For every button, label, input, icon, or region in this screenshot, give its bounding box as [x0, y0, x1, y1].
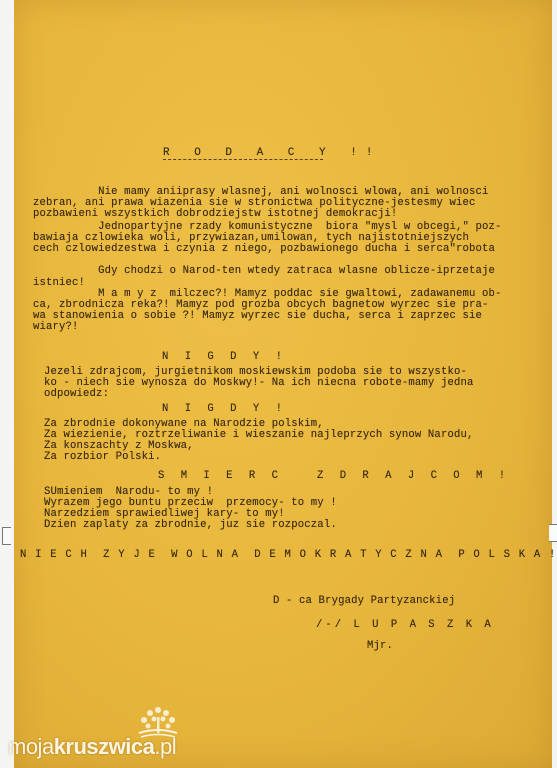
- watermark-suffix: .pl: [154, 734, 176, 759]
- heading-nigdy: N I G D Y !: [162, 352, 287, 363]
- scan-edge-marker-left: [2, 527, 11, 545]
- paragraph-line: wa stanowienia o sobie ?! Mamyz wyrzec s…: [33, 311, 482, 322]
- watermark-logo: mojakruszwica.pl: [8, 734, 176, 760]
- heading-smierc-zdrajcom: S M I E R C Z D R A J C O M !: [158, 471, 510, 482]
- slogan: N I E C H Z Y J E W O L N A D E M O K R …: [20, 550, 557, 561]
- paragraph-line: odpowiedz:: [44, 389, 109, 400]
- accusation-line: Za rozbior Polski.: [44, 452, 161, 463]
- paragraph-line: pozbawieni wszystkich dobrodziejstw isto…: [33, 209, 397, 220]
- signature-name: /-/ L U P A S Z K A: [316, 620, 494, 631]
- paragraph-line: Gdy chodzi o Narod-ten wtedy zatraca wla…: [33, 266, 495, 277]
- watermark-prefix: moja: [8, 734, 54, 759]
- paragraph-line: cech czlowiedzestwa i czynia z niego, po…: [33, 244, 495, 255]
- heading-nigdy: N I G D Y !: [162, 404, 287, 415]
- declaration-line: Dzien zaplaty za zbrodnie, juz sie rozpo…: [44, 520, 337, 531]
- paragraph-line: wiary?!: [33, 322, 79, 333]
- title-underline: [163, 159, 323, 160]
- document-title: R O D A C Y !!: [163, 148, 381, 159]
- scan-edge-marker-right: [549, 524, 557, 542]
- signature-unit: D - ca Brygady Partyzanckiej: [273, 596, 455, 607]
- watermark-bold: kruszwica: [54, 734, 155, 759]
- signature-rank: Mjr.: [367, 641, 393, 652]
